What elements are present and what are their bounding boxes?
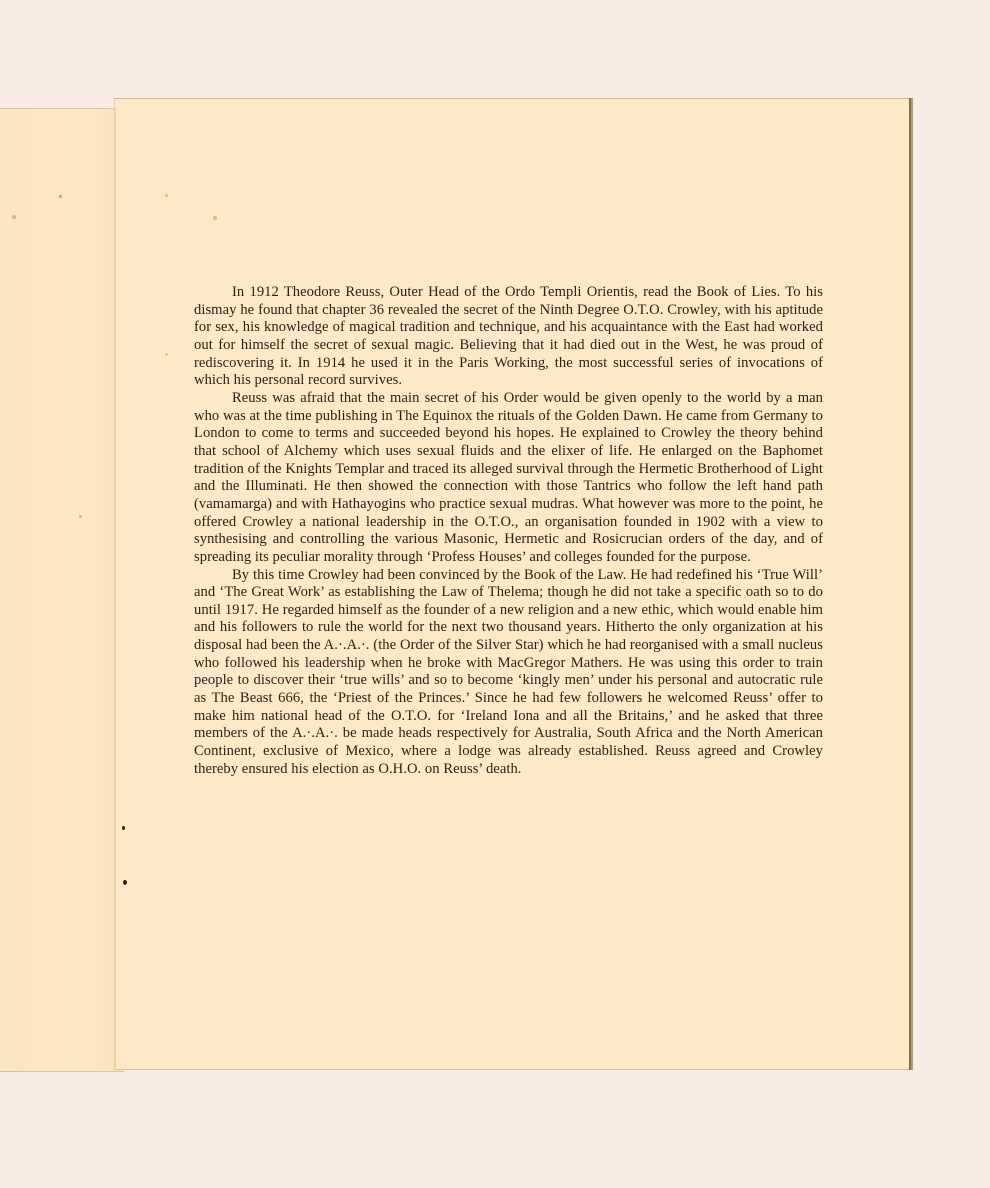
foxing-spot <box>12 215 16 219</box>
foxing-spot <box>165 353 168 356</box>
foxing-spot <box>165 194 168 197</box>
left-page <box>0 108 124 1072</box>
paragraph: Reuss was afraid that the main secret of… <box>194 390 823 567</box>
ink-mark <box>123 880 127 885</box>
page-gutter <box>114 108 116 1070</box>
foxing-spot <box>213 216 217 220</box>
ink-mark <box>122 826 125 830</box>
paragraph: By this time Crowley had been convinced … <box>194 567 823 779</box>
paragraph: In 1912 Theodore Reuss, Outer Head of th… <box>194 284 823 390</box>
body-text: In 1912 Theodore Reuss, Outer Head of th… <box>194 284 823 778</box>
foxing-spot <box>59 195 62 198</box>
foxing-spot <box>79 515 82 518</box>
